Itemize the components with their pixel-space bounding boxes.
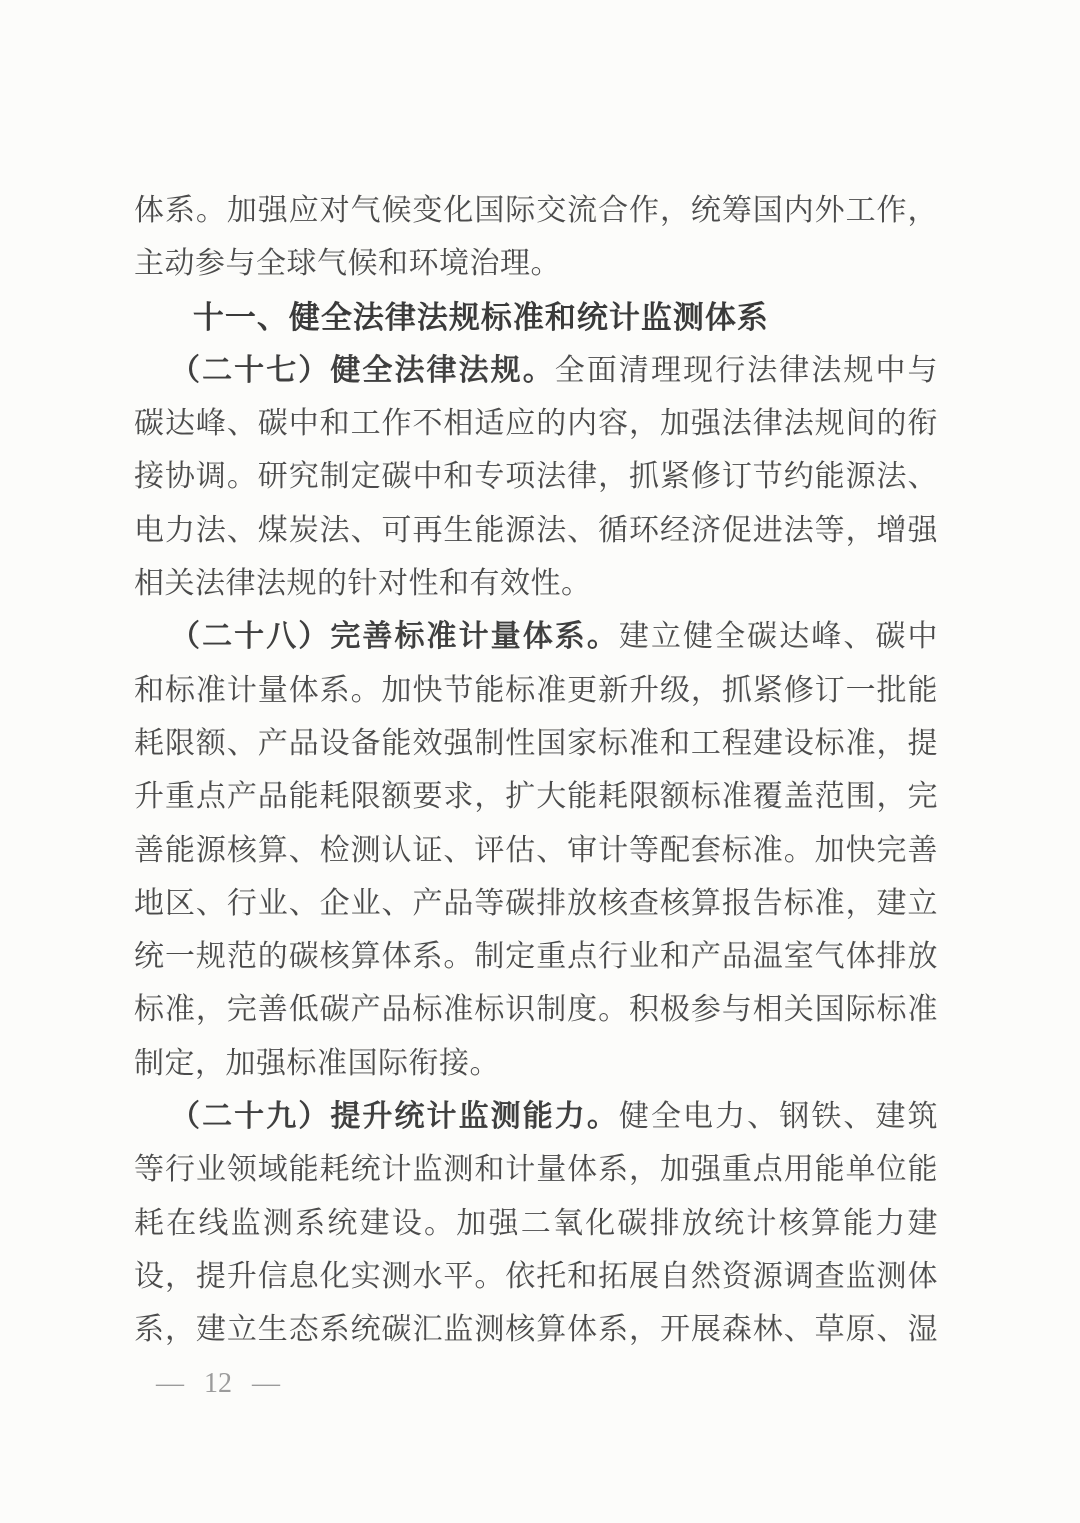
page-number: 12 bbox=[204, 1368, 232, 1400]
body-line: 电力法、煤炭法、可再生能源法、循环经济促进法等，增强 bbox=[134, 504, 938, 557]
body-line: 体系。加强应对气候变化国际交流合作，统筹国内外工作， bbox=[134, 184, 938, 237]
body-line: 标准，完善低碳产品标准标识制度。积极参与相关国际标准 bbox=[134, 983, 938, 1036]
body-line: 和标准计量体系。加快节能标准更新升级，抓紧修订一批能 bbox=[134, 664, 938, 717]
footer-dash-left: — bbox=[156, 1368, 184, 1400]
body-line: 设，提升信息化实测水平。依托和拓展自然资源调查监测体 bbox=[134, 1250, 938, 1303]
line-text: 建立健全碳达峰、碳中 bbox=[619, 620, 938, 653]
paragraph-end-line: 主动参与全球气候和环境治理。 bbox=[134, 237, 938, 290]
document-page: 体系。加强应对气候变化国际交流合作，统筹国内外工作， 主动参与全球气候和环境治理… bbox=[0, 0, 1080, 1523]
body-line: 升重点产品能耗限额要求，扩大能耗限额标准覆盖范围，完 bbox=[134, 770, 938, 823]
paragraph-lead-line: （二十八）完善标准计量体系。建立健全碳达峰、碳中 bbox=[134, 610, 938, 663]
body-line: 统一规范的碳核算体系。制定重点行业和产品温室气体排放 bbox=[134, 930, 938, 983]
body-line: 地区、行业、企业、产品等碳排放核查核算报告标准，建立 bbox=[134, 877, 938, 930]
body-line: 耗限额、产品设备能效强制性国家标准和工程建设标准，提 bbox=[134, 717, 938, 770]
item-title: （二十七）健全法律法规。 bbox=[170, 354, 555, 387]
paragraph-lead-line: （二十七）健全法律法规。全面清理现行法律法规中与 bbox=[134, 344, 938, 397]
line-text: 健全电力、钢铁、建筑 bbox=[619, 1100, 938, 1133]
page-footer: — 12 — bbox=[156, 1368, 280, 1400]
paragraph-end-line: 制定，加强标准国际衔接。 bbox=[134, 1037, 938, 1090]
document-body: 体系。加强应对气候变化国际交流合作，统筹国内外工作， 主动参与全球气候和环境治理… bbox=[134, 184, 938, 1357]
body-line: 碳达峰、碳中和工作不相适应的内容，加强法律法规间的衔 bbox=[134, 397, 938, 450]
paragraph-lead-line: （二十九）提升统计监测能力。健全电力、钢铁、建筑 bbox=[134, 1090, 938, 1143]
paragraph-end-line: 相关法律法规的针对性和有效性。 bbox=[134, 557, 938, 610]
body-line: 善能源核算、检测认证、评估、审计等配套标准。加快完善 bbox=[134, 824, 938, 877]
line-text: 全面清理现行法律法规中与 bbox=[555, 354, 938, 387]
body-line: 接协调。研究制定碳中和专项法律，抓紧修订节约能源法、 bbox=[134, 450, 938, 503]
item-title: （二十八）完善标准计量体系。 bbox=[170, 620, 619, 653]
section-heading: 十一、健全法律法规标准和统计监测体系 bbox=[134, 291, 938, 344]
body-line: 耗在线监测系统建设。加强二氧化碳排放统计核算能力建 bbox=[134, 1197, 938, 1250]
footer-dash-right: — bbox=[252, 1368, 280, 1400]
body-line: 等行业领域能耗统计监测和计量体系，加强重点用能单位能 bbox=[134, 1143, 938, 1196]
body-line: 系，建立生态系统碳汇监测核算体系，开展森林、草原、湿 bbox=[134, 1303, 938, 1356]
item-title: （二十九）提升统计监测能力。 bbox=[170, 1100, 619, 1133]
